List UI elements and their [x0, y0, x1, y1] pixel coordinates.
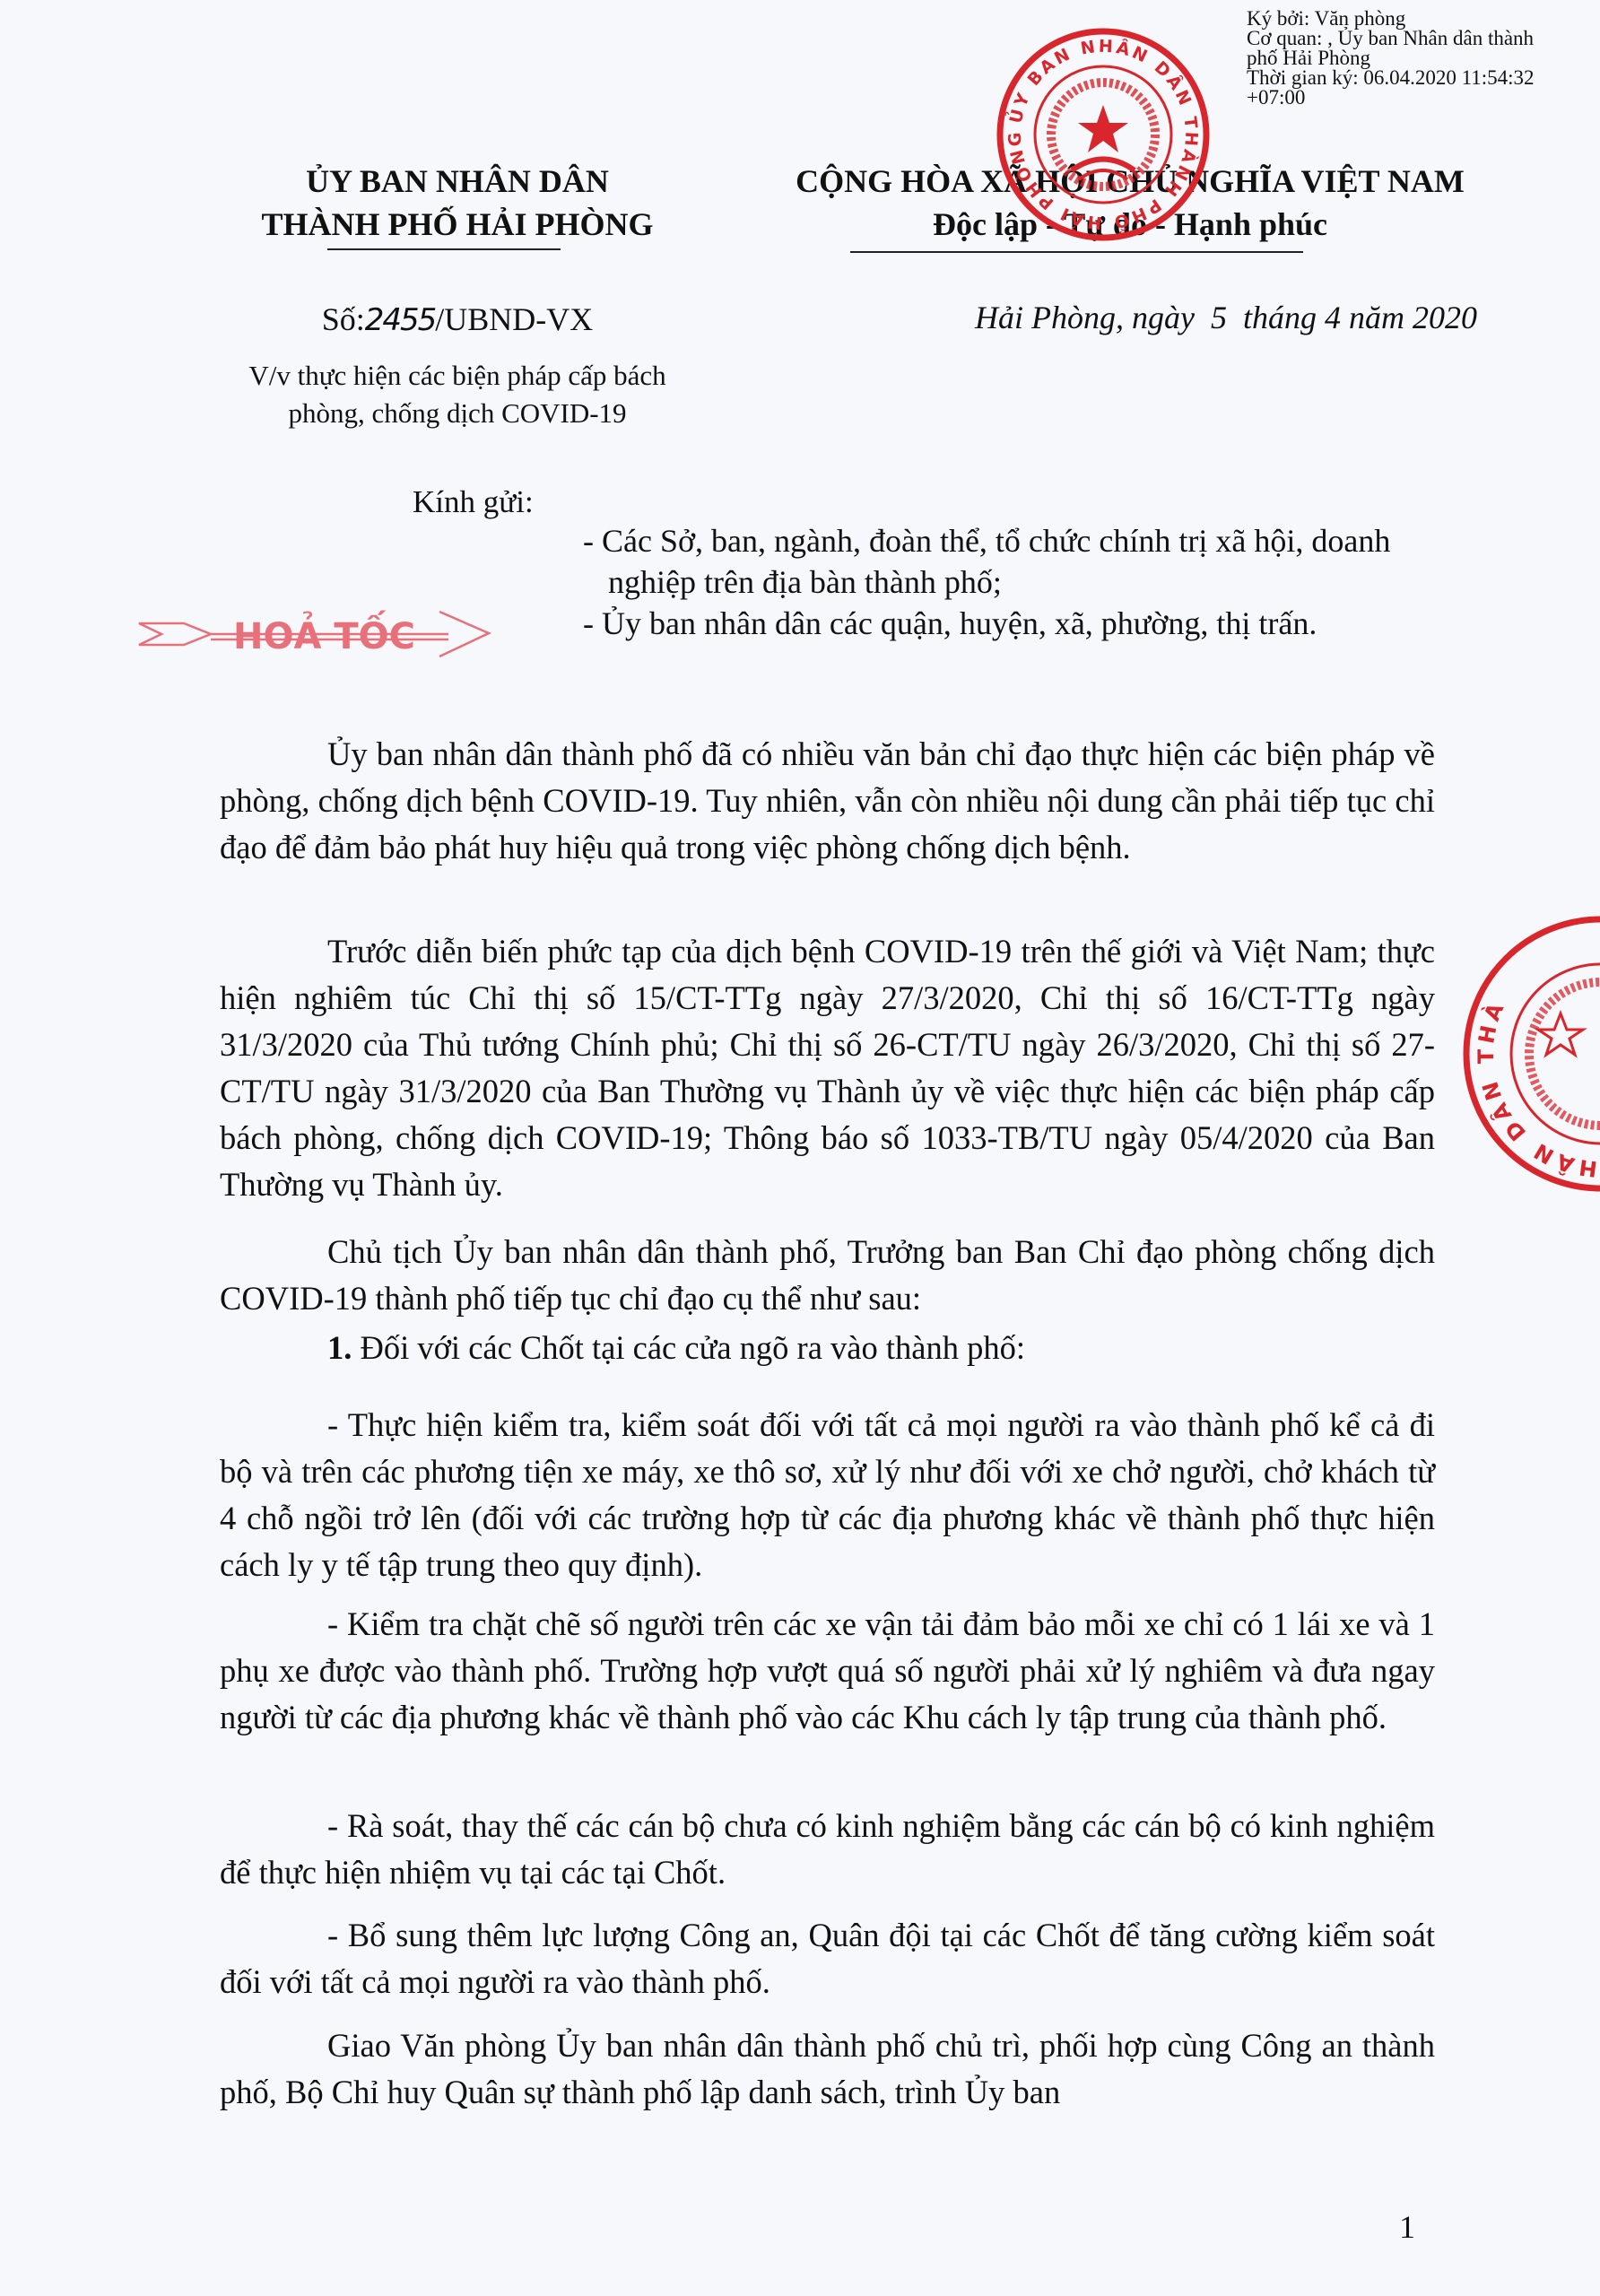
agency-line: Cơ quan: , Ủy ban Nhân dân thành — [1247, 29, 1596, 48]
section-number: 1. — [327, 1329, 352, 1366]
issuing-agency: ỦY BAN NHÂN DÂN THÀNH PHỐ HẢI PHÒNG — [224, 160, 691, 246]
agency-name-line2: THÀNH PHỐ HẢI PHÒNG — [224, 203, 691, 246]
page-number: 1 — [1399, 2208, 1415, 2246]
bullet-item: - Thực hiện kiểm tra, kiểm soát đối với … — [220, 1402, 1435, 1588]
signer-line: Ký bởi: Văn phòng — [1247, 9, 1596, 29]
bullet-item: - Kiểm tra chặt chẽ số người trên các xe… — [220, 1601, 1435, 1741]
recipients-list: - Các Sở, ban, ngành, đoàn thể, tổ chức … — [583, 520, 1480, 644]
urgent-stamp-icon: HOẢ TỐC — [135, 592, 493, 664]
official-seal-partial-icon: ỦY BAN NHÂN DÂN THÀ — [1444, 906, 1600, 1202]
paragraph-context: Trước diễn biến phức tạp của dịch bệnh C… — [220, 928, 1435, 1208]
bullet-item: - Rà soát, thay thế các cán bộ chưa có k… — [220, 1803, 1435, 1896]
bullet-item: - Bổ sung thêm lực lượng Công an, Quân đ… — [220, 1912, 1435, 2005]
agency-underline — [327, 248, 561, 250]
document-number: Số:2455/UBND-VX — [224, 300, 691, 338]
official-seal-icon: ỦY BAN NHÂN DÂN THÀNH PHỐ HẢI PHÒNG — [991, 22, 1215, 247]
svg-text:HOẢ TỐC: HOẢ TỐC — [233, 609, 415, 657]
recipient-item: - Ủy ban nhân dân các quận, huyện, xã, p… — [583, 603, 1480, 644]
subject-line2: phòng, chống dịch COVID-19 — [188, 395, 726, 432]
paragraph-directive: Chủ tịch Ủy ban nhân dân thành phố, Trưở… — [220, 1229, 1435, 1322]
motto-underline — [850, 251, 1303, 253]
recipients-label: Kính gửi: — [413, 484, 534, 520]
agency-line-cont: phố Hải Phòng — [1247, 48, 1596, 68]
signed-time-line: Thời gian ký: 06.04.2020 11:54:32 — [1247, 68, 1596, 88]
agency-name-line1: ỦY BAN NHÂN DÂN — [224, 160, 691, 203]
subject-line1: V/v thực hiện các biện pháp cấp bách — [188, 357, 726, 395]
section-1-heading: 1. Đối với các Chốt tại các cửa ngõ ra v… — [220, 1325, 1435, 1371]
paragraph-intro: Ủy ban nhân dân thành phố đã có nhiều vă… — [220, 731, 1435, 871]
doc-no-handwritten: 2455 — [365, 302, 436, 338]
doc-no-label: Số: — [322, 301, 365, 337]
section-title: Đối với các Chốt tại các cửa ngõ ra vào … — [361, 1329, 1025, 1366]
place-and-date: Hải Phòng, ngày 5 tháng 4 năm 2020 — [870, 299, 1498, 336]
doc-no-code: /UBND-VX — [435, 301, 593, 337]
digital-signature-info: Ký bởi: Văn phòng Cơ quan: , Ủy ban Nhân… — [1247, 9, 1596, 108]
recipient-item: - Các Sở, ban, ngành, đoàn thể, tổ chức … — [583, 520, 1480, 603]
document-subject: V/v thực hiện các biện pháp cấp bách phò… — [188, 357, 726, 432]
paragraph-assignment: Giao Văn phòng Ủy ban nhân dân thành phố… — [220, 2022, 1435, 2116]
timezone-line: +07:00 — [1247, 88, 1596, 108]
